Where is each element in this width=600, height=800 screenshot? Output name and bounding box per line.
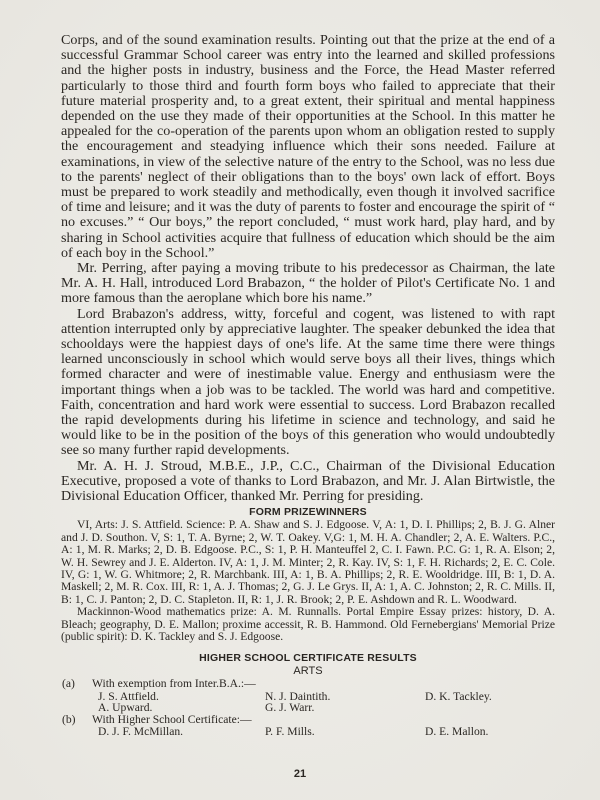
page-number: 21 <box>0 768 600 780</box>
student-name: D. K. Tackley. <box>425 691 545 703</box>
document-page: Corps, and of the sound examination resu… <box>0 0 600 800</box>
body-paragraph: Mr. A. H. J. Stroud, M.B.E., J.P., C.C.,… <box>61 459 555 505</box>
category-b-names: D. J. F. McMillan. P. F. Mills. D. E. Ma… <box>61 726 555 738</box>
student-name: A. Upward. <box>98 702 265 714</box>
body-paragraph: Corps, and of the sound examination resu… <box>61 33 555 261</box>
category-title: With exemption from Inter.B.A.:— <box>92 678 256 690</box>
form-prizewinners-section: FORM PRIZEWINNERS VI, Arts: J. S. Attfie… <box>61 506 555 643</box>
student-name: G. J. Warr. <box>265 702 425 714</box>
body-paragraph: Mr. Perring, after paying a moving tribu… <box>61 261 555 307</box>
prizewinners-paragraph: VI, Arts: J. S. Attfield. Science: P. A.… <box>61 519 555 606</box>
hsc-results-heading: HIGHER SCHOOL CERTIFICATE RESULTS <box>61 652 555 664</box>
student-name <box>425 702 545 714</box>
student-name: P. F. Mills. <box>265 726 425 738</box>
student-name: D. J. F. McMillan. <box>98 726 265 738</box>
body-paragraph: Lord Brabazon's address, witty, forceful… <box>61 307 555 459</box>
form-prizewinners-heading: FORM PRIZEWINNERS <box>61 506 555 518</box>
category-a: (a) With exemption from Inter.B.A.:— <box>61 678 555 690</box>
hsc-results-section: HIGHER SCHOOL CERTIFICATE RESULTS ARTS (… <box>61 652 555 737</box>
student-name: D. E. Mallon. <box>425 726 545 738</box>
text-column: Corps, and of the sound examination resu… <box>61 33 555 738</box>
category-a-names: J. S. Attfield. N. J. Daintith. D. K. Ta… <box>61 691 555 714</box>
prizewinners-paragraph: Mackinnon-Wood mathematics prize: A. M. … <box>61 606 555 643</box>
category-label: (a) <box>61 678 92 690</box>
category-label: (b) <box>61 714 92 726</box>
